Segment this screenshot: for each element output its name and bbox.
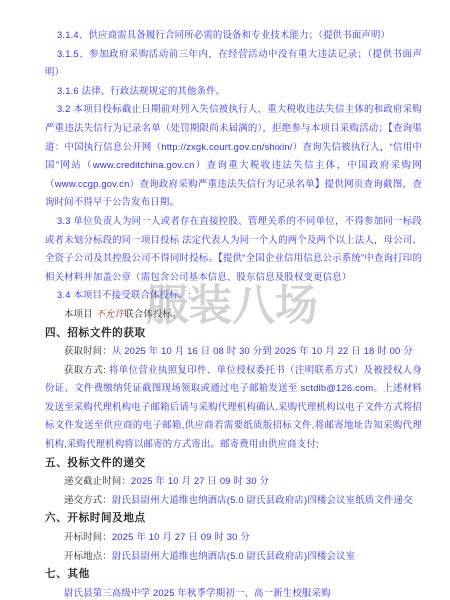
doc-paragraph: 开标地点：尉氏县尉州大道维也纳酒店(5.0 尉氏县政府店)四楼会议室 xyxy=(45,547,422,566)
text-segment: 3.1.5、参加政府采购活动前三年内，在经营活动中没有重大违法记录；（提供书面声… xyxy=(45,48,422,78)
text-segment: 不允许 xyxy=(96,308,125,319)
text-segment: 3.1.4、供应商需具备履行合同所必需的设备和专业技术能力；（提供书面声明） xyxy=(57,29,390,40)
text-segment: 2025 年 10 月 27 日 09 时 30 分 xyxy=(112,531,250,542)
doc-paragraph: 3.1.6 法律、行政法规规定的其他条件。 xyxy=(45,82,422,101)
text-segment: 开标时间： xyxy=(64,531,112,542)
text-segment: 3.2 本项目投标截止日期前对列入失信被执行人、重大税收违法失信主体的和政府采购… xyxy=(45,103,422,207)
text-segment: 3.3 单位负责人为同一人或者存在直接控股、管理关系的不同单位，不得参加同一标段… xyxy=(45,215,422,282)
text-segment: 联合体投标。 xyxy=(124,308,181,319)
text-segment: 六、开标时间及地点 xyxy=(45,512,146,524)
doc-paragraph: 开标时间：2025 年 10 月 27 日 09 时 30 分 xyxy=(45,528,422,547)
text-segment: 将单位营业执照复印件、单位授权委托书（注明联系方式）及被授权人身份证、文件费缴纳… xyxy=(45,364,422,449)
text-segment: 尉氏县第三高级中学 2025 年秋季学期初一、高一新生校服采购 xyxy=(64,587,331,598)
doc-paragraph: 递交截止时间：2025 年 10 月 27 日 09 时 30 分 xyxy=(45,472,422,491)
doc-paragraph: 尉氏县第三高级中学 2025 年秋季学期初一、高一新生校服采购 xyxy=(45,584,422,600)
doc-paragraph: 3.1.4、供应商需具备履行合同所必需的设备和专业技术能力；（提供书面声明） xyxy=(45,26,422,45)
section-heading: 七、其他 xyxy=(45,565,422,584)
section-heading: 六、开标时间及地点 xyxy=(45,509,422,528)
text-segment: 从 2025 年 10 月 16 日 08 时 30 分到 2025 年 10 … xyxy=(112,345,413,356)
text-segment: 递交截止时间： xyxy=(64,475,131,486)
section-heading: 四、招标文件的获取 xyxy=(45,324,422,343)
doc-paragraph: 3.1.5、参加政府采购活动前三年内，在经营活动中没有重大违法记录；（提供书面声… xyxy=(45,45,422,82)
section-heading: 五、投标文件的递交 xyxy=(45,454,422,473)
text-segment: 获取时间： xyxy=(64,345,112,356)
text-segment: 获取方式: xyxy=(64,364,109,375)
text-segment: 四、招标文件的获取 xyxy=(45,327,146,339)
text-segment: 递交方式： xyxy=(64,494,112,505)
doc-paragraph: 递交方式：尉氏县尉州大道维也纳酒店(5.0 尉氏县政府店)四楼会议室纸质文件递交 xyxy=(45,491,422,510)
doc-paragraph: 3.3 单位负责人为同一人或者存在直接控股、管理关系的不同单位，不得参加同一标段… xyxy=(45,212,422,286)
document-page: 3.1.4、供应商需具备履行合同所必需的设备和专业技术能力；（提供书面声明）3.… xyxy=(0,0,450,600)
text-segment: 尉氏县尉州大道维也纳酒店(5.0 尉氏县政府店)四楼会议室 xyxy=(112,550,355,561)
doc-paragraph: 3.4 本项目不接受联合体投标。: xyxy=(45,286,422,305)
doc-paragraph: 获取方式: 将单位营业执照复印件、单位授权委托书（注明联系方式）及被授权人身份证… xyxy=(45,361,422,454)
text-segment: 本项目 xyxy=(64,308,96,319)
text-segment: 五、投标文件的递交 xyxy=(45,457,146,469)
text-segment: 开标地点： xyxy=(64,550,112,561)
doc-paragraph: 3.2 本项目投标截止日期前对列入失信被执行人、重大税收违法失信主体的和政府采购… xyxy=(45,100,422,212)
doc-paragraph: 本项目 不允许联合体投标。 xyxy=(45,305,422,324)
doc-paragraph: 获取时间：从 2025 年 10 月 16 日 08 时 30 分到 2025 … xyxy=(45,342,422,361)
text-segment: 尉氏县尉州大道维也纳酒店(5.0 尉氏县政府店)四楼会议室纸质文件递交 xyxy=(112,494,413,505)
text-segment: 2025 年 10 月 27 日 09 时 30 分 xyxy=(131,475,269,486)
document-body: 3.1.4、供应商需具备履行合同所必需的设备和专业技术能力；（提供书面声明）3.… xyxy=(45,26,422,600)
text-segment: 3.1.6 法律、行政法规规定的其他条件。 xyxy=(57,85,225,96)
text-segment: 七、其他 xyxy=(45,568,90,580)
text-segment: 3.4 本项目不接受联合体投标。: xyxy=(57,289,191,300)
